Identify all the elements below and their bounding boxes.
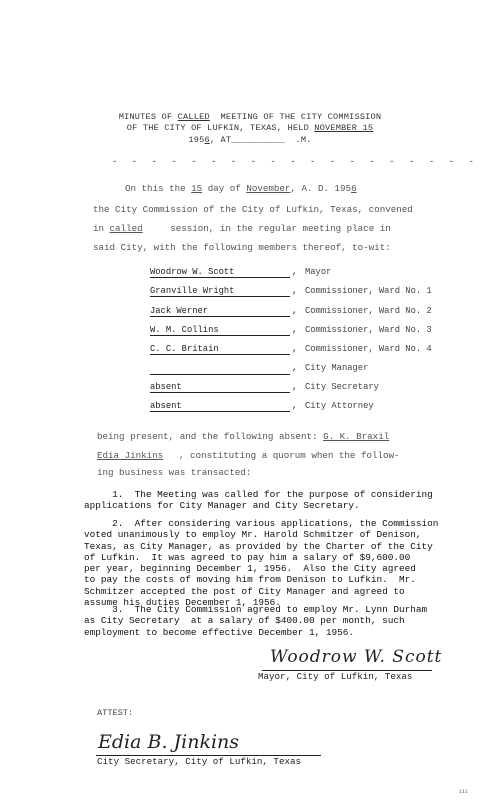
member-title: Commissioner, Ward No. 4 (305, 345, 432, 354)
meeting-month: November (246, 183, 290, 194)
meeting-day: 15 (191, 183, 202, 194)
secretary-signature-line: Edia B. Jinkins (96, 735, 321, 756)
absent-member-2: Edia Jinkins (97, 451, 179, 460)
held-date: NOVEMBER 15 (314, 123, 373, 133)
member-title: Commissioner, Ward No. 1 (305, 287, 432, 296)
minutes-heading-line3: 1956, AT__________ .M. (100, 136, 400, 145)
opening-line1: On this the 15 day of November, A. D. 19… (125, 184, 357, 193)
absent-line2: Edia Jinkins, constituting a quorum when… (97, 451, 400, 460)
member-name: Granville Wright (150, 287, 290, 297)
secretary-caption: City Secretary, City of Lufkin, Texas (97, 757, 301, 766)
mayor-caption: Mayor, City of Lufkin, Texas (258, 672, 412, 681)
member-name: W. M. Collins (150, 326, 290, 336)
member-name: C. C. Britain (150, 345, 290, 355)
mayor-signature-line: Woodrow W. Scott (262, 647, 432, 671)
member-title: City Attorney (305, 402, 374, 411)
member-title: City Secretary (305, 383, 379, 392)
mayor-signature: Woodrow W. Scott (270, 649, 442, 666)
opening-line4: said City, with the following members th… (93, 243, 391, 252)
member-title: City Manager (305, 364, 368, 373)
item-1: 1. The Meeting was called for the purpos… (84, 489, 454, 512)
member-title: Commissioner, Ward No. 2 (305, 307, 432, 316)
absent-member-1: G. K. Braxil (323, 432, 403, 441)
member-title: Commissioner, Ward No. 3 (305, 326, 432, 335)
attest-label: ATTEST: (97, 709, 133, 718)
item-2: 2. After considering various application… (84, 518, 454, 608)
member-name: absent (150, 383, 290, 393)
absent-line3: ing business was transacted: (97, 468, 251, 477)
separator-dashes: - - - - - - - - - - - - - - - - - - - - … (112, 158, 487, 167)
opening-line3: in called session, in the regular meetin… (93, 224, 391, 233)
page-mark: 111 (459, 790, 468, 795)
minutes-heading-line1: MINUTES OF CALLED MEETING OF THE CITY CO… (100, 113, 400, 122)
item-3: 3. The City Commission agreed to employ … (84, 604, 454, 638)
minutes-heading-line2: OF THE CITY OF LUFKIN, TEXAS, HELD NOVEM… (100, 124, 400, 133)
session-type: called (110, 223, 143, 234)
secretary-signature: Edia B. Jinkins (98, 733, 239, 752)
meeting-type: CALLED (178, 112, 210, 122)
member-name: Jack Werner (150, 307, 290, 317)
absent-line1: being present, and the following absent:… (97, 432, 403, 441)
member-title: Mayor (305, 268, 331, 277)
member-name (150, 364, 290, 375)
opening-line2: the City Commission of the City of Lufki… (93, 205, 413, 214)
member-name: absent (150, 402, 290, 412)
member-name: Woodrow W. Scott (150, 268, 290, 278)
